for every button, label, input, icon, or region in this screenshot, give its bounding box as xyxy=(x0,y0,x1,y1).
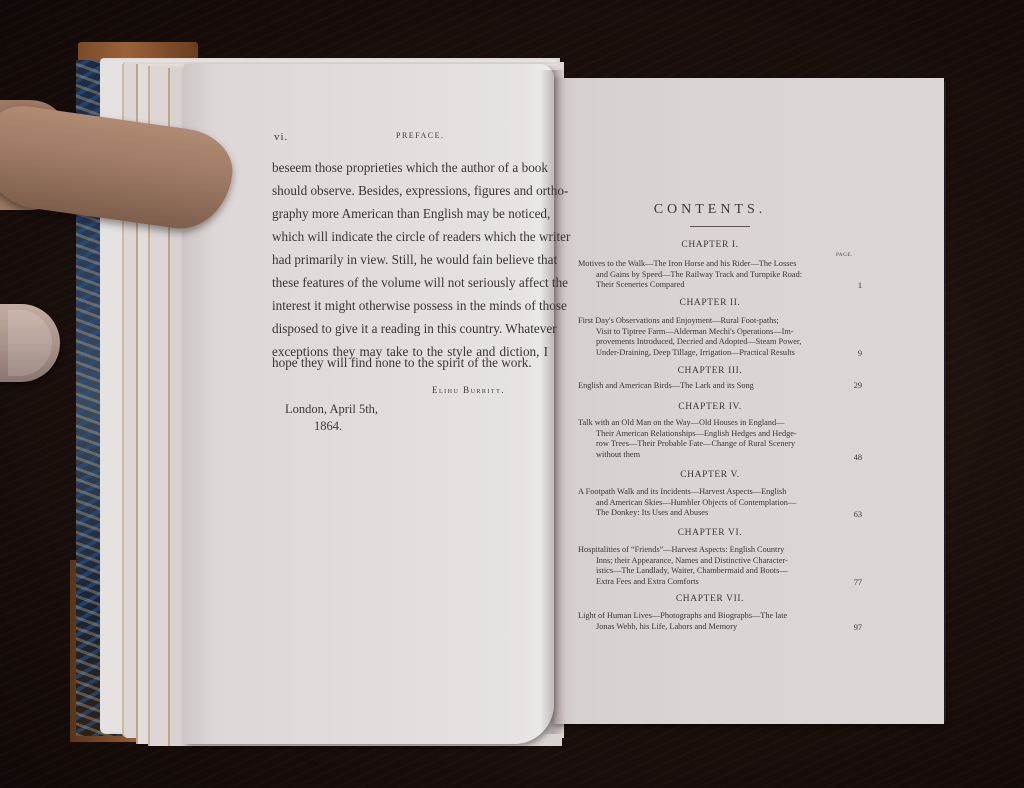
toc-line: Motives to the Walk—The Iron Horse and h… xyxy=(578,259,840,270)
toc-line: Hospitalities of “Friends”—Harvest Aspec… xyxy=(578,545,840,556)
toc-line: without them xyxy=(578,450,840,461)
toc-entry[interactable]: Light of Human Lives—Photographs and Bio… xyxy=(578,611,840,632)
place-date: London, April 5th, 1864. xyxy=(285,401,378,435)
toc-line: Their American Relationships—English Hed… xyxy=(578,429,840,440)
toc-line: Inns; their Appearance, Names and Distin… xyxy=(578,556,840,567)
toc-page-number: 9 xyxy=(846,349,862,358)
toc-line: and Gains by Speed—The Railway Track and… xyxy=(578,270,840,281)
chapter-heading: CHAPTER I. xyxy=(560,240,860,250)
preface-line: should observe. Besides, expressions, fi… xyxy=(272,181,548,201)
preface-line: which will indicate the circle of reader… xyxy=(272,227,548,247)
author-signature: Elihu Burritt. xyxy=(432,385,505,395)
toc-page-number: 29 xyxy=(846,381,862,390)
toc-entry[interactable]: Motives to the Walk—The Iron Horse and h… xyxy=(578,259,840,291)
chapter-heading: CHAPTER VI. xyxy=(560,528,860,538)
title-rule-divider xyxy=(690,226,750,227)
toc-line: Extra Fees and Extra Comforts xyxy=(578,577,840,588)
chapter-heading: CHAPTER V. xyxy=(560,470,860,480)
toc-line: and American Skies—Humbler Objects of Co… xyxy=(578,498,840,509)
toc-line: Light of Human Lives—Photographs and Bio… xyxy=(578,611,840,622)
toc-page-number: 63 xyxy=(846,510,862,519)
toc-line: English and American Birds—The Lark and … xyxy=(578,381,840,392)
toc-line: The Donkey: Its Uses and Abuses xyxy=(578,508,840,519)
place: London, April 5th, xyxy=(285,402,378,416)
chapter-heading: CHAPTER VII. xyxy=(560,594,860,604)
toc-page-number: 48 xyxy=(846,453,862,462)
toc-entry[interactable]: First Day's Observations and Enjoyment—R… xyxy=(578,316,840,358)
preface-line: had primarily in view. Still, he would f… xyxy=(272,250,548,270)
toc-line: First Day's Observations and Enjoyment—R… xyxy=(578,316,840,327)
toc-line: Talk with an Old Man on the Way—Old Hous… xyxy=(578,418,840,429)
chapter-heading: CHAPTER IV. xyxy=(560,402,860,412)
preface-line: beseem those proprieties which the autho… xyxy=(272,158,548,178)
year: 1864. xyxy=(285,418,378,435)
preface-line: interest it might otherwise possess in t… xyxy=(272,296,548,316)
toc-entry[interactable]: Talk with an Old Man on the Way—Old Hous… xyxy=(578,418,840,460)
toc-line: provements Introduced, Decried and Adopt… xyxy=(578,337,840,348)
chapter-heading: CHAPTER II. xyxy=(560,298,860,308)
toc-page-number: 97 xyxy=(846,623,862,632)
toc-line: Their Sceneries Compared xyxy=(578,280,840,291)
preface-line: these features of the volume will not se… xyxy=(272,273,548,293)
toc-line: Jonas Webb, his Life, Labors and Memory xyxy=(578,622,840,633)
toc-line: istics—The Landlady, Waiter, Chambermaid… xyxy=(578,566,840,577)
toc-entry[interactable]: A Footpath Walk and its Incidents—Harves… xyxy=(578,487,840,519)
preface-line-last: hope they will find none to the spirit o… xyxy=(272,353,548,373)
toc-line: Visit to Tiptree Farm—Alderman Mechi's O… xyxy=(578,327,840,338)
toc-page-number: 1 xyxy=(846,281,862,290)
page-column-label: PAGE. xyxy=(836,253,853,258)
page-number: vi. xyxy=(274,131,288,143)
running-head-title: PREFACE. xyxy=(396,131,445,140)
toc-line: row Trees—Their Probable Fate—Change of … xyxy=(578,439,840,450)
preface-line: disposed to give it a reading in this co… xyxy=(272,319,548,339)
contents-title: CONTENTS. xyxy=(560,202,860,218)
toc-line: A Footpath Walk and its Incidents—Harves… xyxy=(578,487,840,498)
preface-line: graphy more American than English may be… xyxy=(272,204,548,224)
chapter-heading: CHAPTER III. xyxy=(560,366,860,376)
toc-line: Under-Draining, Deep Tillage, Irrigation… xyxy=(578,348,840,359)
toc-page-number: 77 xyxy=(846,578,862,587)
toc-entry[interactable]: Hospitalities of “Friends”—Harvest Aspec… xyxy=(578,545,840,587)
toc-entry[interactable]: English and American Birds—The Lark and … xyxy=(578,381,840,392)
